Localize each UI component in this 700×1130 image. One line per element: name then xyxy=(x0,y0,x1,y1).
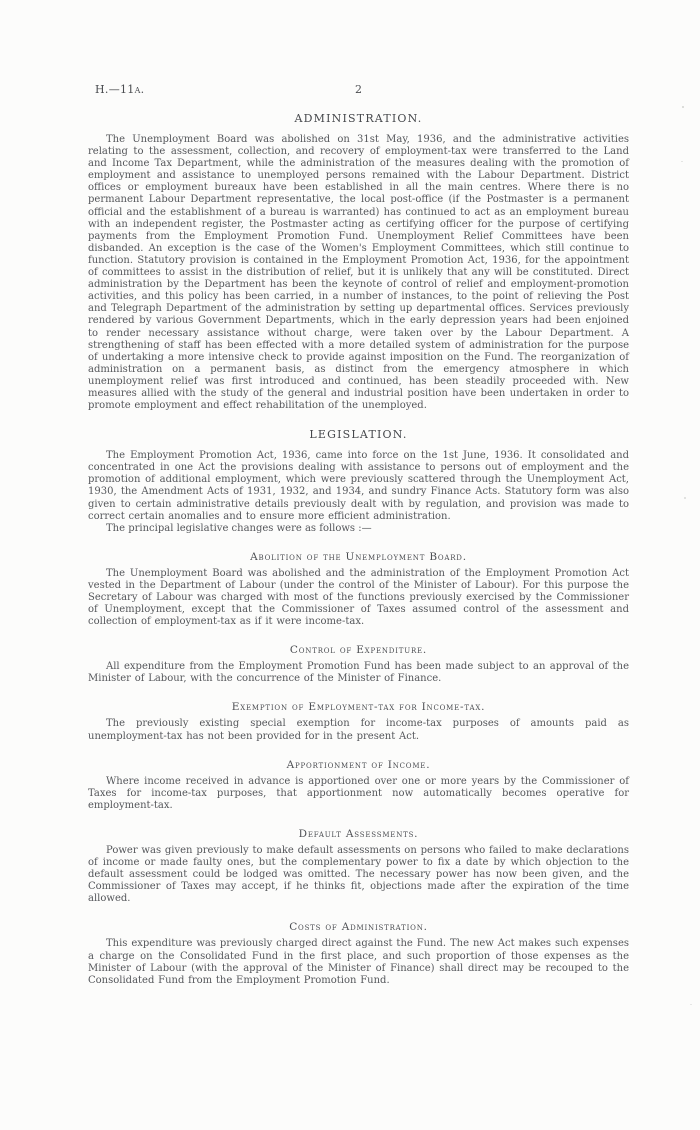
administration-paragraph: The Unemployment Board was abolished on … xyxy=(88,134,629,412)
subsection-costs-of-administration: Costs of Administration. This expenditur… xyxy=(88,921,629,986)
subsection-abolition-of-the-unemployment-board: Abolition of the Unemployment Board. The… xyxy=(88,551,629,628)
scan-artifact xyxy=(690,1004,692,1005)
subsection-paragraph: Power was given previously to make defau… xyxy=(88,845,629,905)
subsection-default-assessments: Default Assessments. Power was given pre… xyxy=(88,828,629,905)
subsection-heading: Abolition of the Unemployment Board. xyxy=(88,551,629,563)
document-content: H.—11a. 2 ADMINISTRATION. The Unemployme… xyxy=(88,83,629,987)
document-page: H.—11a. 2 ADMINISTRATION. The Unemployme… xyxy=(0,0,700,1130)
subsection-paragraph: The previously existing special exemptio… xyxy=(88,718,629,742)
subsection-heading: Default Assessments. xyxy=(88,828,629,840)
subsection-exemption-of-employment-tax: Exemption of Employment-tax for Income-t… xyxy=(88,701,629,742)
page-number: 2 xyxy=(88,83,629,96)
subsection-paragraph: All expenditure from the Employment Prom… xyxy=(88,661,629,685)
subsection-heading: Costs of Administration. xyxy=(88,921,629,933)
legislation-paragraph: The Employment Promotion Act, 1936, came… xyxy=(88,450,629,523)
subsection-apportionment-of-income: Apportionment of Income. Where income re… xyxy=(88,759,629,812)
subsection-paragraph: The Unemployment Board was abolished and… xyxy=(88,568,629,628)
subsection-heading: Exemption of Employment-tax for Income-t… xyxy=(88,701,629,713)
scan-artifact xyxy=(681,161,683,162)
page-header: H.—11a. 2 xyxy=(88,83,629,96)
subsection-heading: Apportionment of Income. xyxy=(88,759,629,771)
section-heading-administration: ADMINISTRATION. xyxy=(88,112,629,125)
subsection-paragraph: This expenditure was previously charged … xyxy=(88,938,629,986)
scan-artifact xyxy=(684,497,686,499)
legislation-lead-in: The principal legislative changes were a… xyxy=(88,523,629,535)
subsection-control-of-expenditure: Control of Expenditure. All expenditure … xyxy=(88,644,629,685)
scan-artifact xyxy=(682,106,684,108)
subsection-paragraph: Where income received in advance is appo… xyxy=(88,776,629,812)
subsection-heading: Control of Expenditure. xyxy=(88,644,629,656)
section-heading-legislation: LEGISLATION. xyxy=(88,428,629,441)
